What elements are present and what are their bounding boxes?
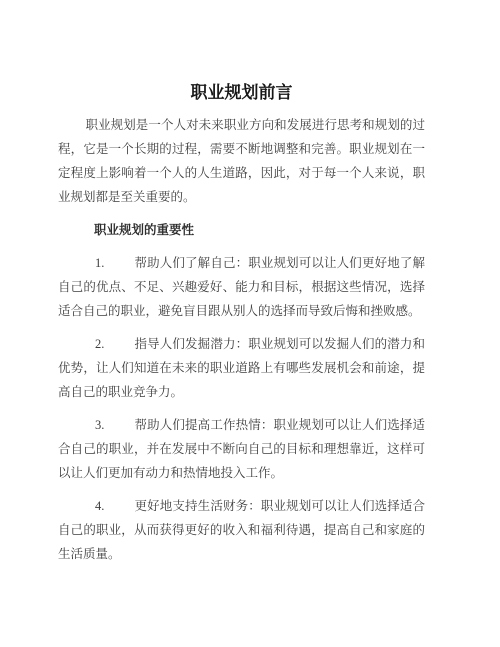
intro-paragraph: 职业规划是一个人对未来职业方向和发展进行思考和规划的过程，它是一个长期的过程，需… — [58, 113, 425, 209]
list-item-number: 3. — [95, 418, 104, 432]
page-title: 职业规划前言 — [58, 83, 425, 103]
section-heading: 职业规划的重要性 — [58, 218, 425, 242]
document-page: 职业规划前言 职业规划是一个人对未来职业方向和发展进行思考和规划的过程，它是一个… — [0, 0, 500, 647]
list-item-text: 帮助人们提高工作热情：职业规划可以让人们选择适合自己的职业，并在发展中不断向自己… — [58, 418, 425, 480]
list-item: 2.指导人们发掘潜力：职业规划可以发掘人们的潜力和优势，让人们知道在未来的职业道… — [58, 332, 425, 404]
list-item: 4.更好地支持生活财务：职业规划可以让人们选择适合自己的职业，从而获得更好的收入… — [58, 494, 425, 566]
list-item-text: 指导人们发掘潜力：职业规划可以发掘人们的潜力和优势，让人们知道在未来的职业道路上… — [58, 337, 425, 399]
list-item-number: 1. — [95, 256, 104, 270]
list-item: 1.帮助人们了解自己：职业规划可以让人们更好地了解自己的优点、不足、兴趣爱好、能… — [58, 251, 425, 323]
list-item-text: 更好地支持生活财务：职业规划可以让人们选择适合自己的职业，从而获得更好的收入和福… — [58, 499, 425, 561]
list-item-number: 4. — [95, 499, 104, 513]
list-item-text: 帮助人们了解自己：职业规划可以让人们更好地了解自己的优点、不足、兴趣爱好、能力和… — [58, 256, 425, 318]
list-item-number: 2. — [95, 337, 104, 351]
list-item: 3.帮助人们提高工作热情：职业规划可以让人们选择适合自己的职业，并在发展中不断向… — [58, 413, 425, 485]
